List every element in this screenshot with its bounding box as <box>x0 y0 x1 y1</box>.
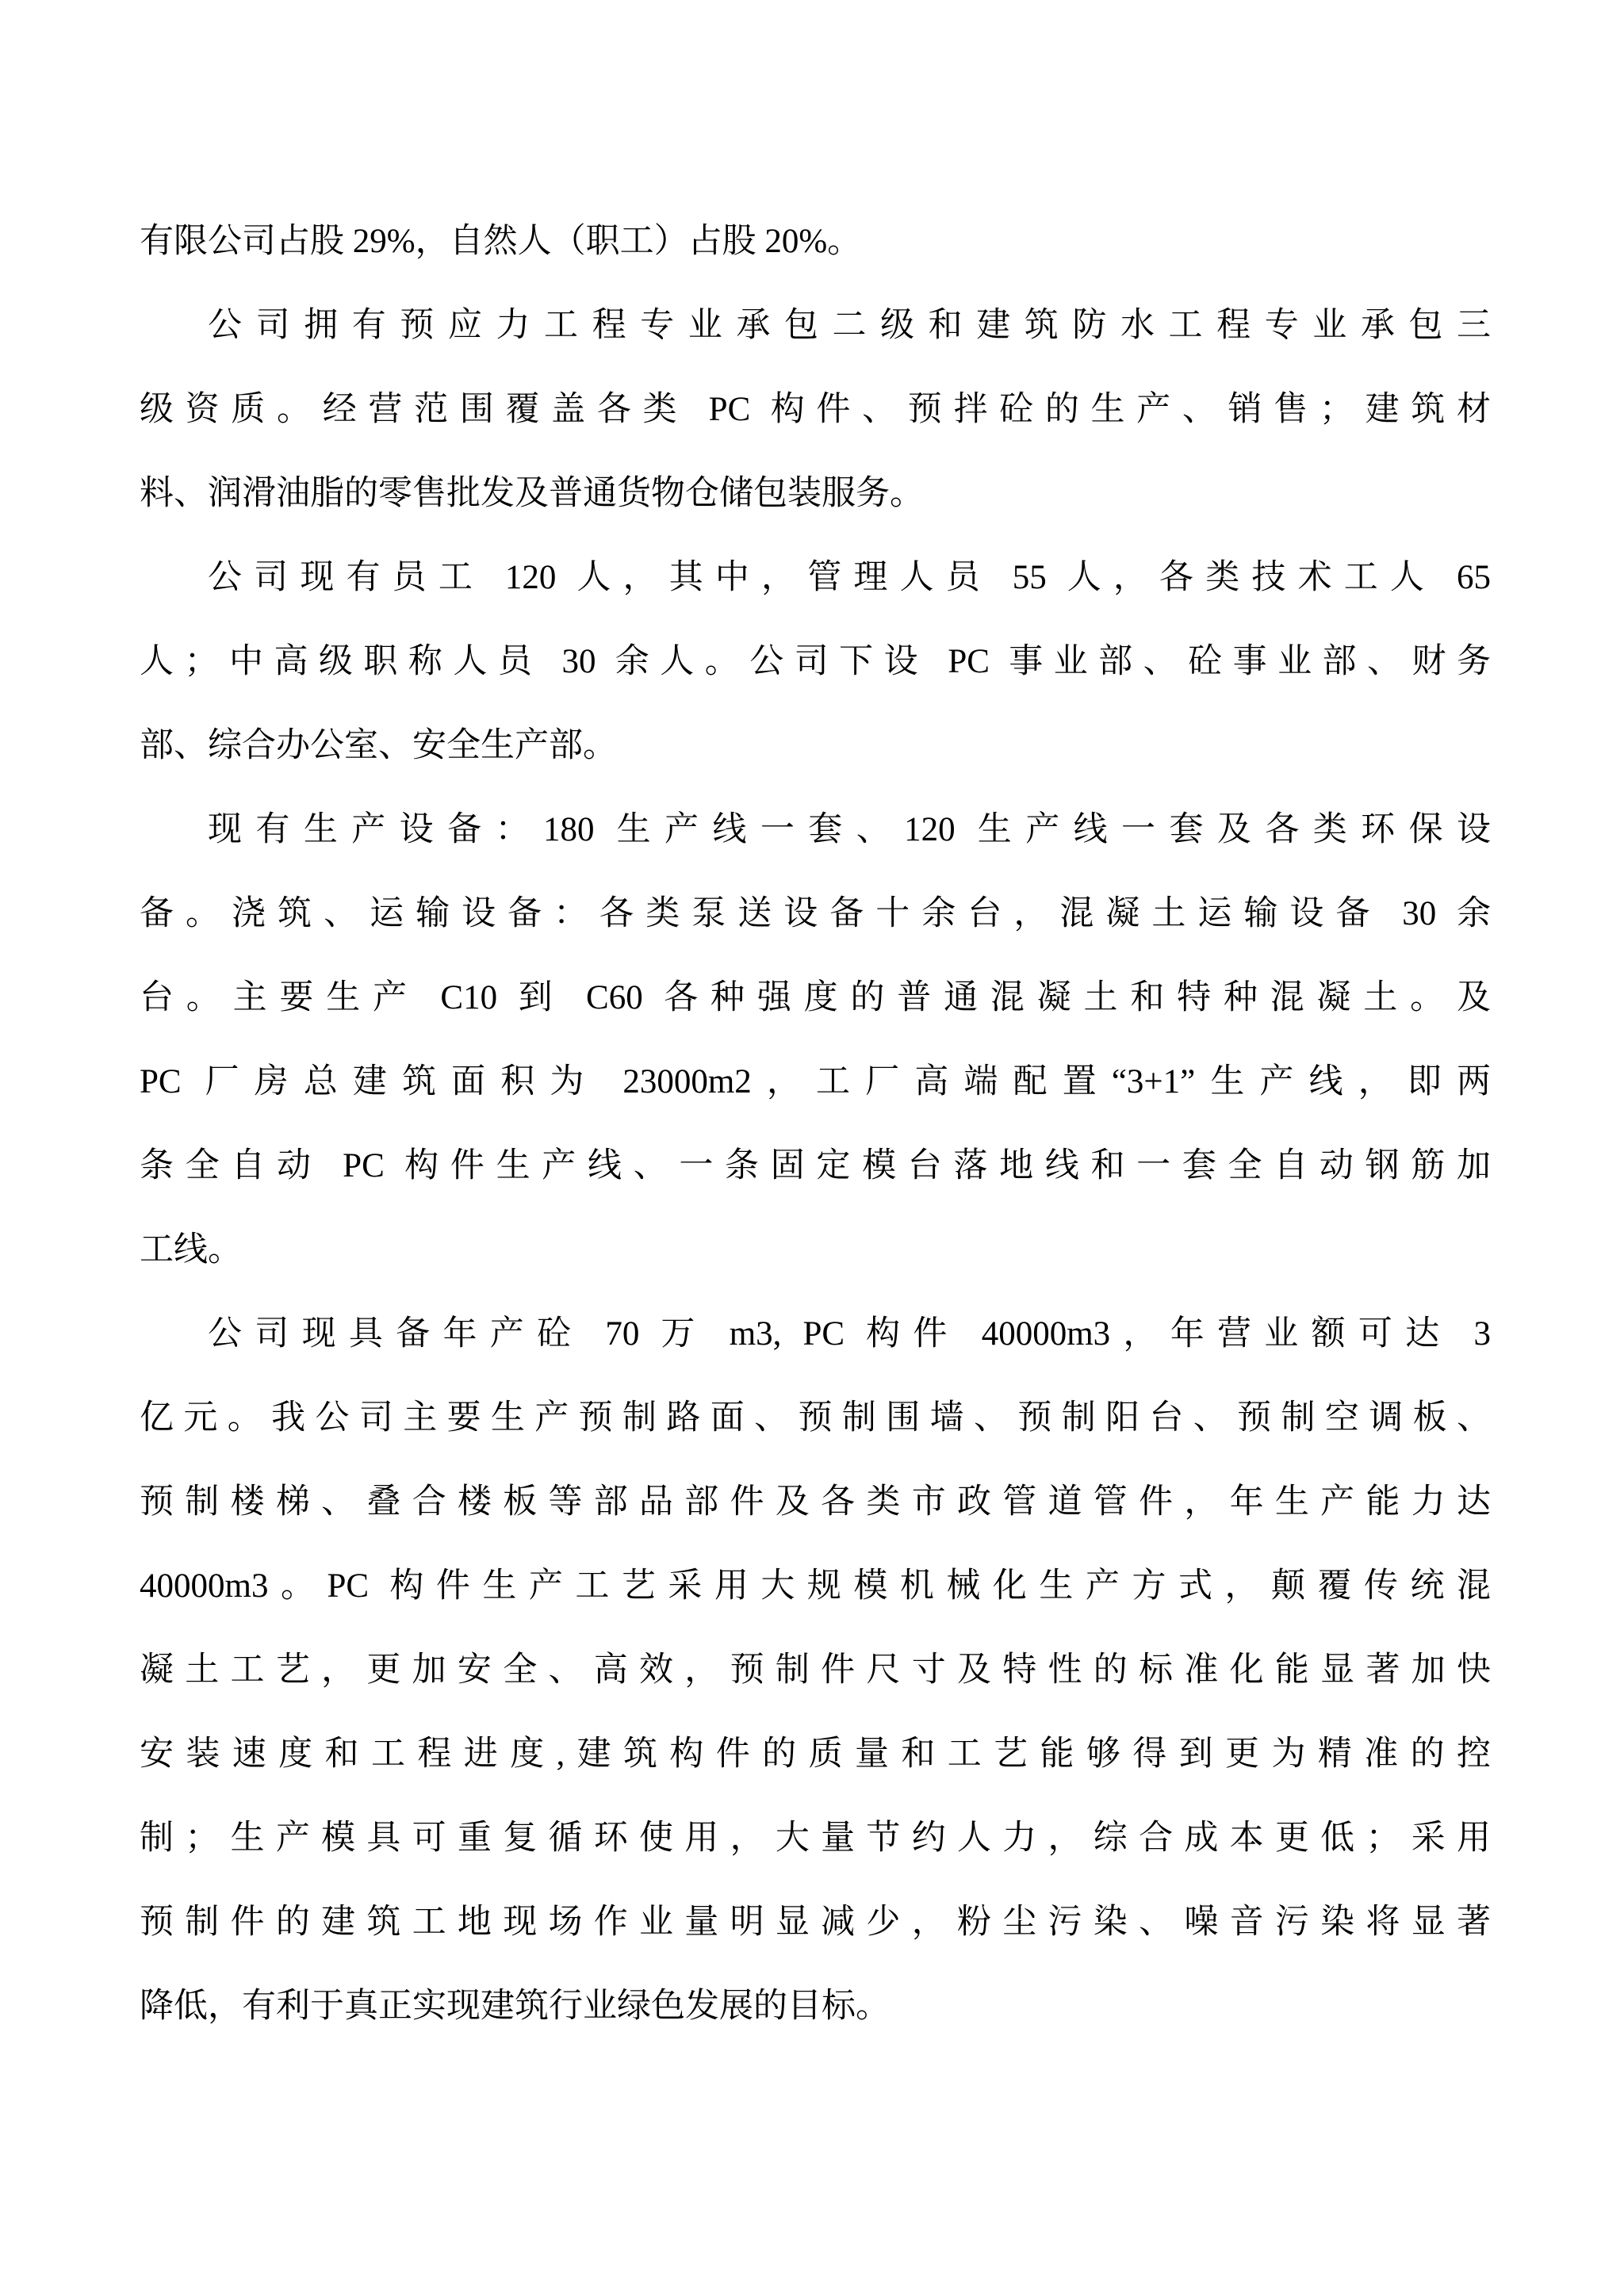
text-line: 工线。 <box>140 1208 1491 1292</box>
text-line: 现有生产设备：180 生产线一套、120 生产线一套及各类环保设 <box>140 788 1491 872</box>
text-line: 公司拥有预应力工程专业承包二级和建筑防水工程专业承包三 <box>140 284 1491 368</box>
text-line: 条全自动 PC 构件生产线、一条固定模台落地线和一套全自动钢筋加 <box>140 1124 1491 1208</box>
text-line: 公司现有员工 120 人，其中，管理人员 55 人，各类技术工人 65 <box>140 536 1491 620</box>
paragraph: 公司现有员工 120 人，其中，管理人员 55 人，各类技术工人 65人；中高级… <box>140 536 1491 788</box>
text-line: 备。浇筑、运输设备：各类泵送设备十余台，混凝土运输设备 30 余 <box>140 872 1491 956</box>
text-line: 级资质。经营范围覆盖各类 PC 构件、预拌砼的生产、销售；建筑材 <box>140 368 1491 452</box>
text-line: 料、润滑油脂的零售批发及普通货物仓储包装服务。 <box>140 452 1491 536</box>
paragraph: 现有生产设备：180 生产线一套、120 生产线一套及各类环保设备。浇筑、运输设… <box>140 788 1491 1292</box>
text-line: 亿元。我公司主要生产预制路面、预制围墙、预制阳台、预制空调板、 <box>140 1376 1491 1460</box>
text-line: 制；生产模具可重复循环使用，大量节约人力，综合成本更低；采用 <box>140 1797 1491 1881</box>
text-line: 公司现具备年产砼 70 万 m3, PC 构件 40000m3，年营业额可达 3 <box>140 1292 1491 1376</box>
text-line: 预制件的建筑工地现场作业量明显减少，粉尘污染、噪音污染将显著 <box>140 1881 1491 1965</box>
text-line: 有限公司占股 29%，自然人（职工）占股 20%。 <box>140 200 1491 284</box>
text-line: 人；中高级职称人员 30 余人。公司下设 PC 事业部、砼事业部、财务 <box>140 620 1491 704</box>
paragraph: 公司拥有预应力工程专业承包二级和建筑防水工程专业承包三级资质。经营范围覆盖各类 … <box>140 284 1491 536</box>
text-line: 安装速度和工程进度,建筑构件的质量和工艺能够得到更为精准的控 <box>140 1712 1491 1797</box>
document-page: 有限公司占股 29%，自然人（职工）占股 20%。公司拥有预应力工程专业承包二级… <box>0 0 1624 2296</box>
document-body: 有限公司占股 29%，自然人（职工）占股 20%。公司拥有预应力工程专业承包二级… <box>140 200 1491 2049</box>
text-line: 40000m3。PC 构件生产工艺采用大规模机械化生产方式，颠覆传统混 <box>140 1544 1491 1628</box>
text-line: 预制楼梯、叠合楼板等部品部件及各类市政管道管件，年生产能力达 <box>140 1460 1491 1544</box>
text-line: 降低，有利于真正实现建筑行业绿色发展的目标。 <box>140 1965 1491 2049</box>
text-line: PC 厂房总建筑面积为 23000m2，工厂高端配置“3+1”生产线，即两 <box>140 1040 1491 1124</box>
text-line: 部、综合办公室、安全生产部。 <box>140 704 1491 788</box>
paragraph: 公司现具备年产砼 70 万 m3, PC 构件 40000m3，年营业额可达 3… <box>140 1292 1491 2049</box>
paragraph: 有限公司占股 29%，自然人（职工）占股 20%。 <box>140 200 1491 284</box>
text-line: 台。主要生产 C10 到 C60 各种强度的普通混凝土和特种混凝土。及 <box>140 956 1491 1040</box>
text-line: 凝土工艺，更加安全、高效，预制件尺寸及特性的标准化能显著加快 <box>140 1628 1491 1712</box>
